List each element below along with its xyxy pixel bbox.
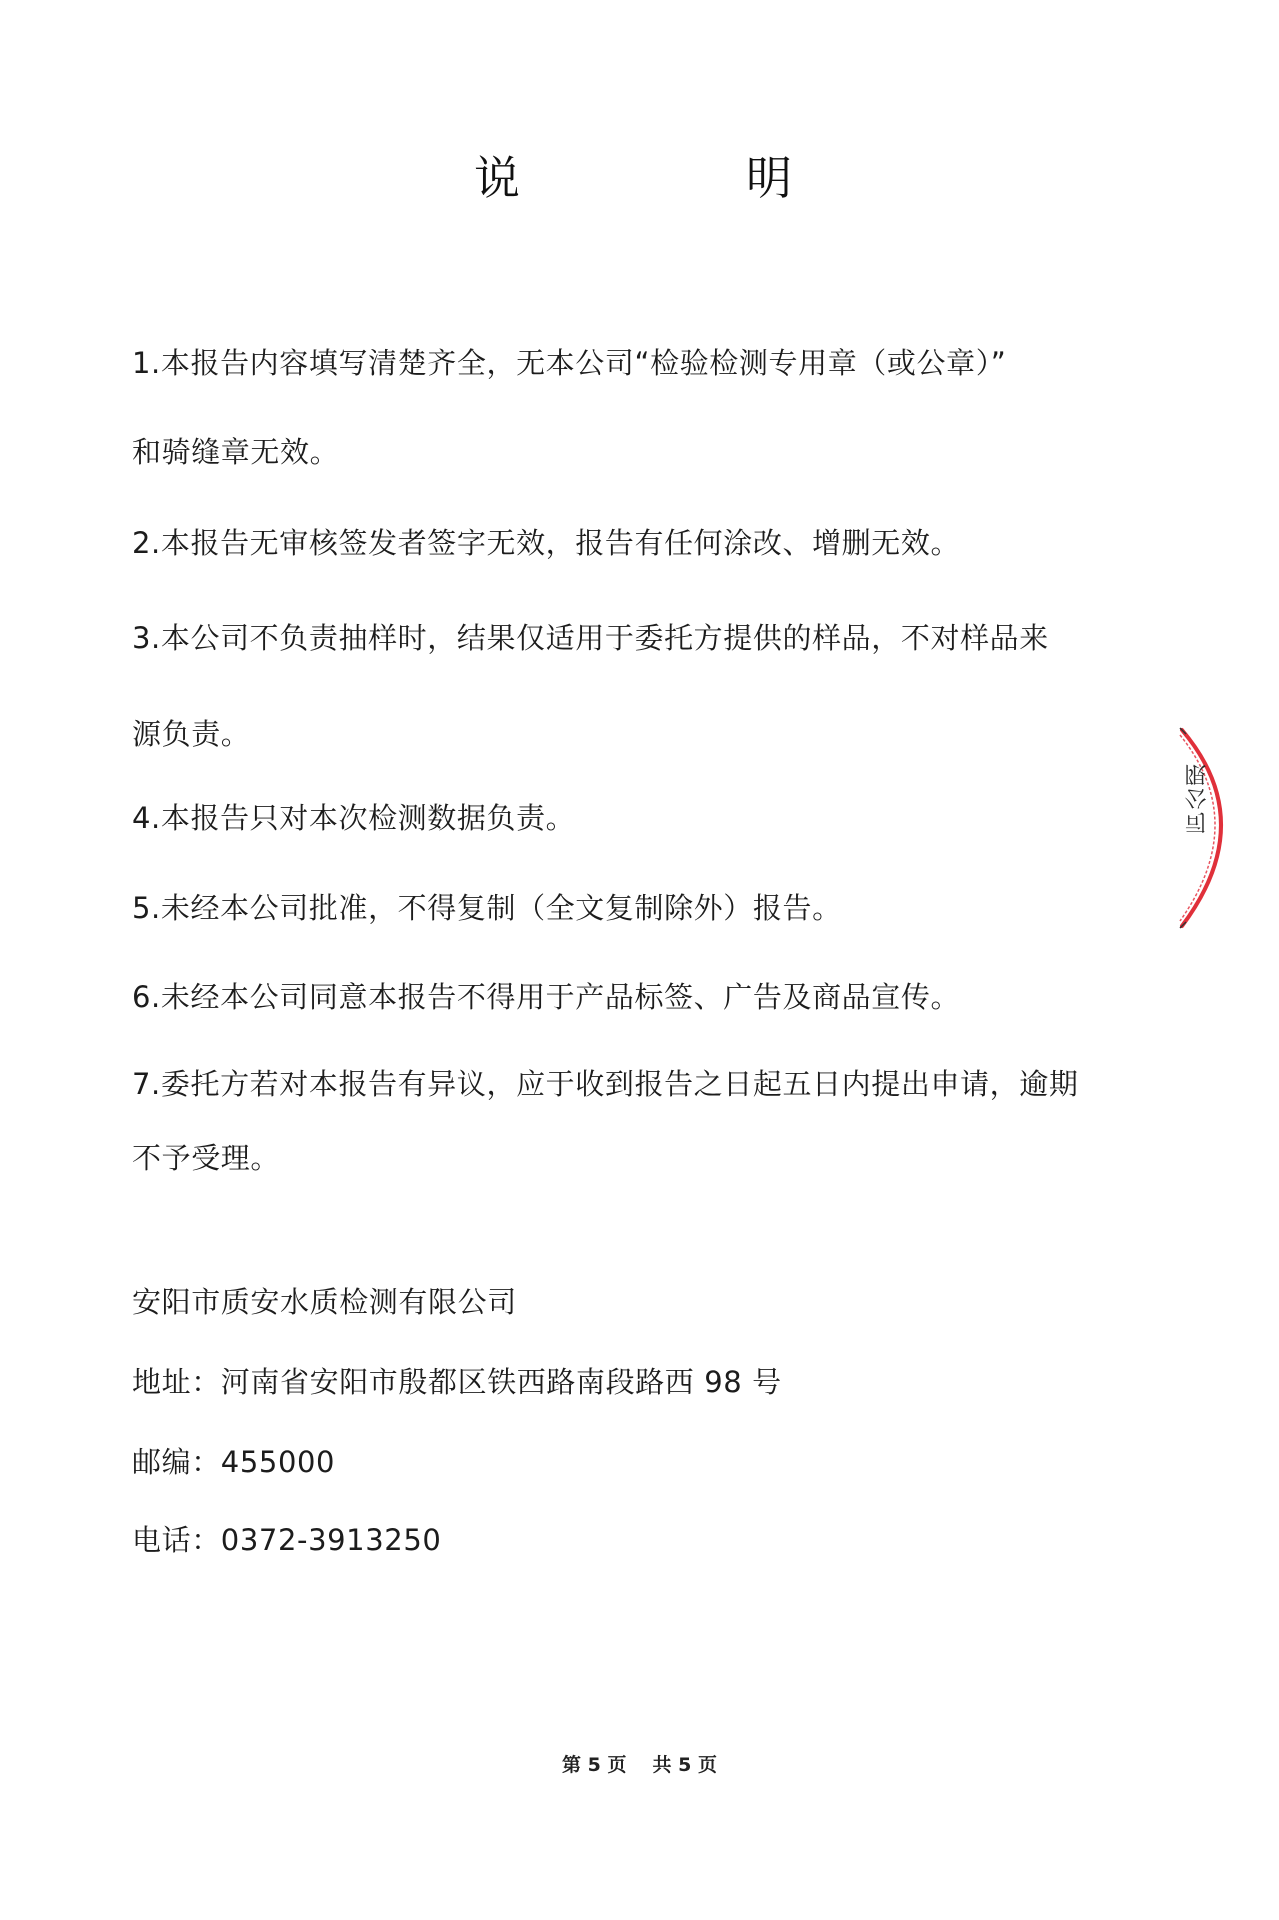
item-3-line-2: 源负责。: [132, 714, 250, 754]
item-6-line-1: 6.未经本公司同意本报告不得用于产品标签、广告及商品宣传。: [132, 977, 960, 1017]
item-5-line-1: 5.未经本公司批准，不得复制（全文复制除外）报告。: [132, 888, 842, 928]
item-2-line-1: 2.本报告无审核签发者签字无效，报告有任何涂改、增删无效。: [132, 523, 960, 563]
item-4-line-1: 4.本报告只对本次检测数据负责。: [132, 798, 575, 838]
item-3-line-1: 3.本公司不负责抽样时，结果仅适用于委托方提供的样品，不对样品来: [132, 618, 1049, 658]
page-footer: 第 5 页共 5 页: [0, 1752, 1279, 1778]
seal-text: 司公限: [1178, 762, 1208, 834]
current-page-label: 第 5 页: [562, 1752, 626, 1778]
company-phone: 电话：0372-3913250: [132, 1520, 441, 1560]
company-address: 地址：河南省安阳市殷都区铁西路南段路西 98 号: [132, 1362, 782, 1402]
title-char-1: 说: [474, 150, 520, 206]
company-seal-fragment: 司公限: [1120, 722, 1279, 934]
company-name: 安阳市质安水质检测有限公司: [132, 1282, 517, 1322]
item-1-line-1: 1.本报告内容填写清楚齐全，无本公司“检验检测专用章（或公章）”: [132, 343, 1006, 383]
item-7-line-2: 不予受理。: [132, 1138, 280, 1178]
item-7-line-1: 7.委托方若对本报告有异议，应于收到报告之日起五日内提出申请，逾期: [132, 1064, 1078, 1104]
page-title: 说 明: [0, 150, 1279, 206]
total-pages-label: 共 5 页: [653, 1752, 717, 1778]
title-char-2: 明: [746, 150, 792, 206]
company-postcode: 邮编：455000: [132, 1442, 335, 1482]
item-1-line-2: 和骑缝章无效。: [132, 432, 339, 472]
document-page: 说 明 1.本报告内容填写清楚齐全，无本公司“检验检测专用章（或公章）” 和骑缝…: [0, 0, 1279, 1920]
